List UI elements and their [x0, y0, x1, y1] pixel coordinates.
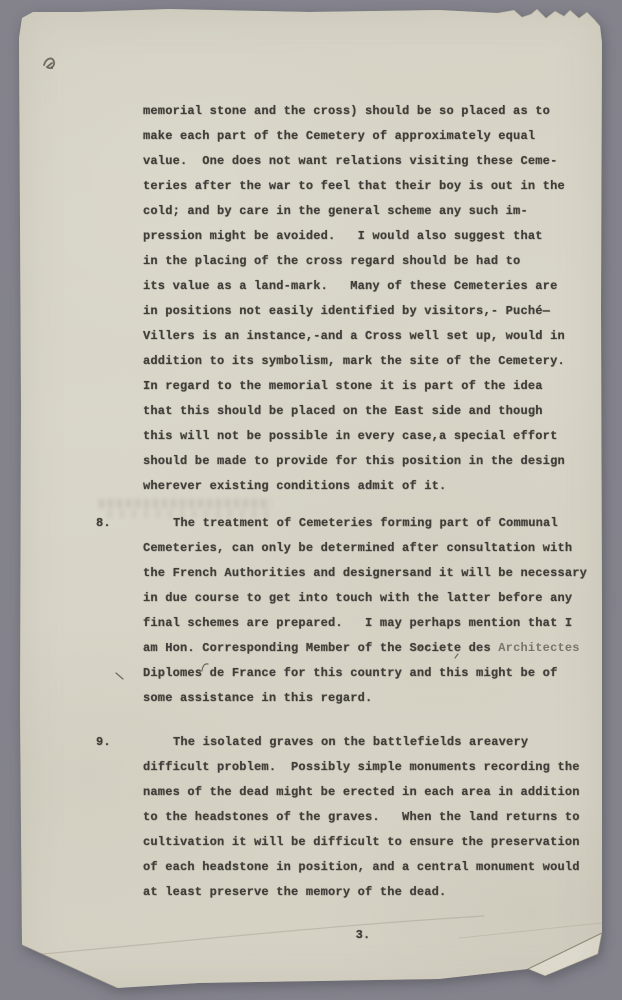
page-number: 3. — [143, 923, 583, 948]
paragraph-continuation: memorial stone and the cross) should be … — [143, 99, 603, 499]
text-line: final schemes are prepared. I may perhap… — [143, 611, 603, 636]
paragraph-number: 9. — [96, 730, 111, 755]
text-line: names of the dead might be erected in ea… — [143, 780, 603, 805]
text-line: wherever existing conditions admit of it… — [143, 474, 603, 499]
text-line: cultivation it will be difficult to ensu… — [143, 830, 603, 855]
text-line: Villers is an instance,-and a Cross well… — [143, 324, 603, 349]
text-line: its value as a land-mark. Many of these … — [143, 274, 603, 299]
text-line: teries after the war to feel that their … — [143, 174, 603, 199]
text-line: the French Authorities and designersand … — [143, 561, 603, 586]
text-line: in positions not easily identified by vi… — [143, 299, 603, 324]
text-line: make each part of the Cemetery of approx… — [143, 124, 603, 149]
text-line: should be made to provide for this posit… — [143, 449, 603, 474]
text-line: am Hon. Corresponding Member of the Soci… — [143, 636, 603, 661]
text-line: at least preserve the memory of the dead… — [143, 880, 603, 905]
text-line: to the headstones of the graves. When th… — [143, 805, 603, 830]
pencil-word: Architectes — [498, 641, 579, 655]
text-line: The isolated graves on the battlefields … — [143, 730, 603, 755]
text-line: The treatment of Cemeteries forming part… — [143, 511, 603, 536]
paragraph-8: 8. The treatment of Cemeteries forming p… — [143, 511, 603, 711]
text-line: some assistance in this regard. — [143, 686, 603, 711]
text-line: In regard to the memorial stone it is pa… — [143, 374, 603, 399]
pencil-scribble-icon — [44, 58, 54, 69]
text-line: memorial stone and the cross) should be … — [143, 99, 603, 124]
text-line: of each headstone in position, and a cen… — [143, 855, 603, 880]
text-line: difficult problem. Possibly simple monum… — [143, 755, 603, 780]
text-line: this will not be possible in every case,… — [143, 424, 603, 449]
text-line: Diplomes de France for this country and … — [143, 661, 603, 686]
text-line: addition to its symbolism, mark the site… — [143, 349, 603, 374]
torn-edge-shading — [497, 9, 600, 26]
text-line: value. One does not want relations visit… — [143, 149, 603, 174]
text-line: that this should be placed on the East s… — [143, 399, 603, 424]
text-line: Cemeteries, can only be determined after… — [143, 536, 603, 561]
text-segment: am Hon. Corresponding Member of the Soci… — [143, 641, 498, 655]
text-line: cold; and by care in the general scheme … — [143, 199, 603, 224]
text-line: in due course to get into touch with the… — [143, 586, 603, 611]
scanned-document: memorial stone and the cross) should be … — [0, 0, 622, 1000]
paragraph-9: 9. The isolated graves on the battlefiel… — [143, 730, 603, 905]
paper-shadow-wrap: memorial stone and the cross) should be … — [0, 0, 622, 1000]
text-line: in the placing of the cross regard shoul… — [143, 249, 603, 274]
paragraph-number: 8. — [96, 511, 111, 536]
paper-page: memorial stone and the cross) should be … — [19, 8, 602, 990]
text-line: pression might be avoided. I would also … — [143, 224, 603, 249]
